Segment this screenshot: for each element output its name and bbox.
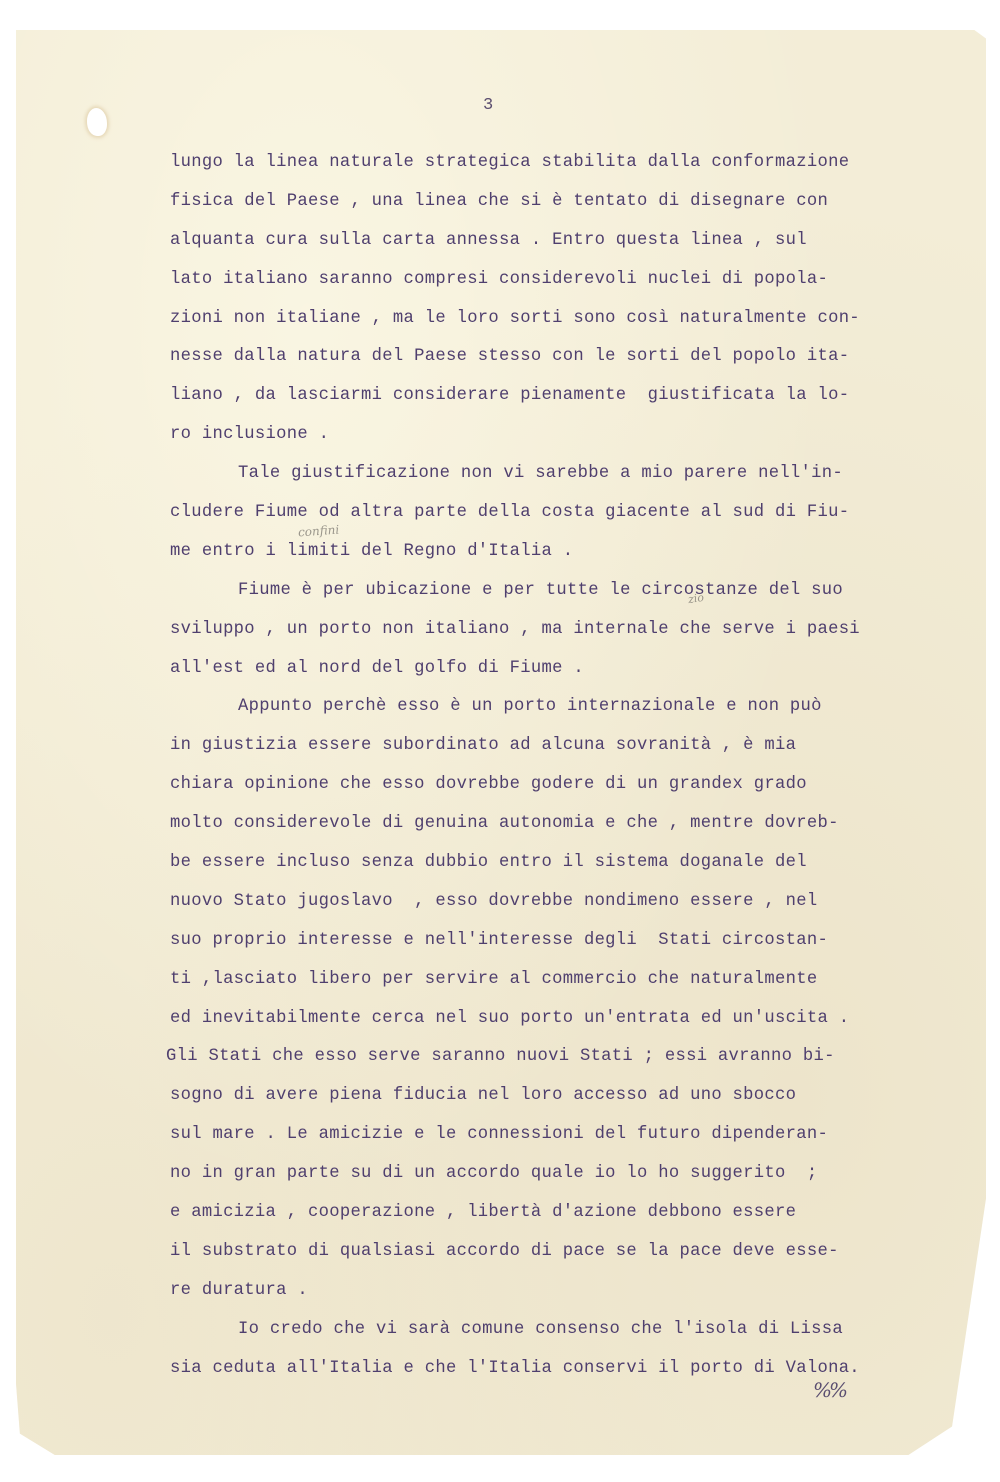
text-line: e amicizia , cooperazione , libertà d'az… — [170, 1194, 950, 1233]
paragraph-start-line: Io credo che vi sarà comune consenso che… — [170, 1311, 950, 1350]
handwritten-annotation-zio: zio — [687, 591, 705, 606]
text-line: molto considerevole di genuina autonomia… — [170, 805, 950, 844]
text-line: alquanta cura sulla carta annessa . Entr… — [170, 222, 950, 261]
paragraph-start-line: Appunto perchè esso è un porto internazi… — [170, 688, 950, 727]
text-line: re duratura . — [170, 1272, 950, 1311]
page-number: 3 — [483, 96, 493, 115]
text-line: me entro i limiti del Regno d'Italia . — [170, 533, 950, 572]
text-line: ro inclusione . — [170, 416, 950, 455]
text-line: lato italiano saranno compresi considere… — [170, 261, 950, 300]
text-line: suo proprio interesse e nell'interesse d… — [170, 922, 950, 961]
text-line: in giustizia essere subordinato ad alcun… — [170, 727, 950, 766]
text-line: no in gran parte su di un accordo quale … — [170, 1155, 950, 1194]
handwritten-initials: %% — [813, 1378, 845, 1402]
text-line: all'est ed al nord del golfo di Fiume . — [170, 650, 950, 689]
text-line: nuovo Stato jugoslavo , esso dovrebbe no… — [170, 883, 950, 922]
text-line: sviluppo , un porto non italiano , ma in… — [170, 611, 950, 650]
text-line: chiara opinione che esso dovrebbe godere… — [170, 766, 950, 805]
text-line: sul mare . Le amicizie e le connessioni … — [170, 1116, 950, 1155]
handwritten-annotation-confini: confini — [298, 523, 340, 540]
typewritten-body: lungo la linea naturale strategica stabi… — [170, 144, 950, 1389]
punch-hole — [87, 108, 107, 136]
text-line: be essere incluso senza dubbio entro il … — [170, 844, 950, 883]
text-line: nesse dalla natura del Paese stesso con … — [170, 338, 950, 377]
text-line: ed inevitabilmente cerca nel suo porto u… — [170, 1000, 950, 1039]
text-line: il substrato di qualsiasi accordo di pac… — [170, 1233, 950, 1272]
text-line: zioni non italiane , ma le loro sorti so… — [170, 300, 950, 339]
paragraph-start-line: Tale giustificazione non vi sarebbe a mi… — [170, 455, 950, 494]
text-line: lungo la linea naturale strategica stabi… — [170, 144, 950, 183]
text-line: liano , da lasciarmi considerare piename… — [170, 377, 950, 416]
text-line: sogno di avere piena fiducia nel loro ac… — [170, 1077, 950, 1116]
text-line: Gli Stati che esso serve saranno nuovi S… — [166, 1038, 950, 1077]
text-line: fisica del Paese , una linea che si è te… — [170, 183, 950, 222]
paragraph-start-line: Fiume è per ubicazione e per tutte le ci… — [170, 572, 950, 611]
text-line: cludere Fiume od altra parte della costa… — [170, 494, 950, 533]
text-line: ti ,lasciato libero per servire al comme… — [170, 961, 950, 1000]
